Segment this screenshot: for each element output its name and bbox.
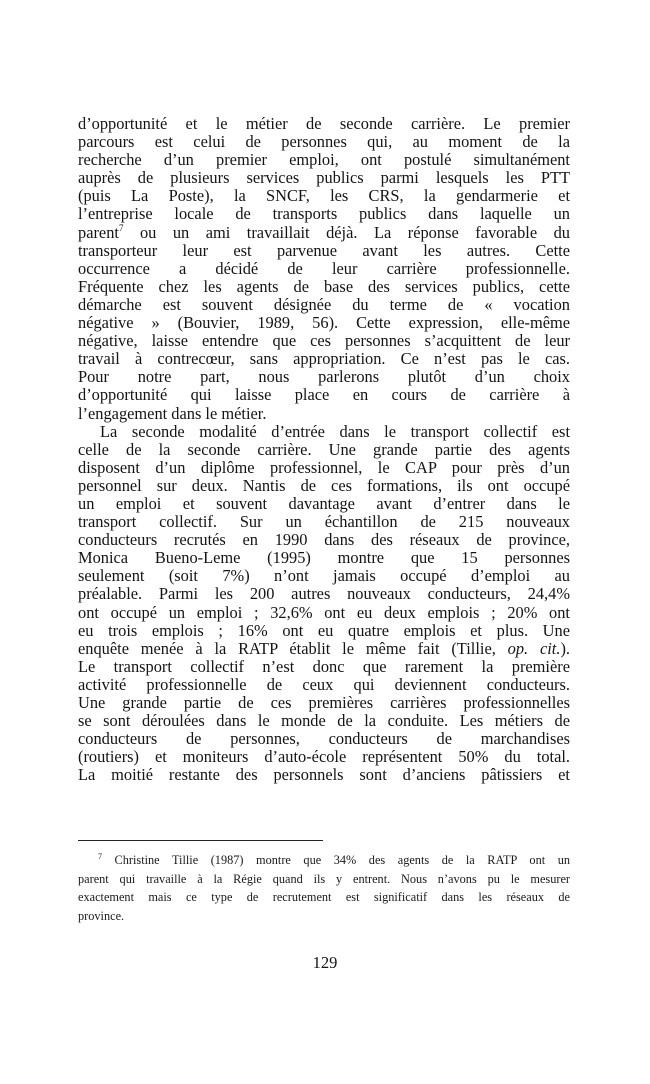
text-line: eu trois emplois ; 16% ont eu quatre emp… (78, 622, 570, 640)
text-line: conducteurs recrutés en 1990 dans des ré… (78, 531, 570, 549)
footnote-line: exactement mais ce type de recrutement e… (78, 888, 570, 907)
text-fragment: enquête menée à la RATP établit le même … (78, 639, 508, 658)
text-line: démarche est souvent désignée du terme d… (78, 296, 570, 314)
footnote-line: 7 Christine Tillie (1987) montre que 34%… (78, 851, 570, 870)
text-line: Monica Bueno-Leme (1995) montre que 15 p… (78, 549, 570, 567)
text-line: recherche d’un premier emploi, ont postu… (78, 151, 570, 169)
footnote-line: parent qui travaille à la Régie quand il… (78, 870, 570, 889)
text-line: occurrence a décidé de leur carrière pro… (78, 260, 570, 278)
text-line: négative » (Bouvier, 1989, 56). Cette ex… (78, 314, 570, 332)
text-line: auprès de plusieurs services publics par… (78, 169, 570, 187)
text-line: (puis La Poste), la SNCF, les CRS, la ge… (78, 187, 570, 205)
text-line: préalable. Parmi les 200 autres nouveaux… (78, 585, 570, 603)
footnote-divider (78, 840, 323, 841)
text-line: se sont déroulées dans le monde de la co… (78, 712, 570, 730)
text-line: La moitié restante des personnels sont d… (78, 766, 570, 784)
text-line: parcours est celui de personnes qui, au … (78, 133, 570, 151)
text-line: disposent d’un diplôme professionnel, le… (78, 459, 570, 477)
text-line-with-footnote: parent7 ou un ami travaillait déjà. La r… (78, 224, 570, 242)
text-fragment: ). (560, 639, 570, 658)
text-line: transporteur leur est parvenue avant les… (78, 242, 570, 260)
citation-italic: op. cit. (508, 639, 561, 658)
text-line: seulement (soit 7%) n’ont jamais occupé … (78, 567, 570, 585)
text-line: transport collectif. Sur un échantillon … (78, 513, 570, 531)
text-line: Une grande partie de ces premières carri… (78, 694, 570, 712)
text-line-paragraph-start: La seconde modalité d’entrée dans le tra… (78, 423, 570, 441)
text-line: Pour notre part, nous parlerons plutôt d… (78, 368, 570, 386)
text-line: Fréquente chez les agents de base des se… (78, 278, 570, 296)
text-line: (routiers) et moniteurs d’auto-école rep… (78, 748, 570, 766)
text-fragment: ou un ami travaillait déjà. La réponse f… (140, 223, 570, 242)
footnote-line: province. (78, 907, 570, 926)
text-line: d’opportunité qui laisse place en cours … (78, 386, 570, 404)
book-page: d’opportunité et le métier de seconde ca… (0, 0, 650, 1084)
text-line: celle de la seconde carrière. Une grande… (78, 441, 570, 459)
footnote-reference[interactable]: 7 (119, 223, 124, 233)
text-line-paragraph-end: l’engagement dans le métier. (78, 405, 570, 423)
footnote: 7 Christine Tillie (1987) montre que 34%… (78, 851, 570, 925)
text-line: Le transport collectif n’est donc que ra… (78, 658, 570, 676)
footnote-marker: 7 (98, 852, 102, 861)
text-line: d’opportunité et le métier de seconde ca… (78, 115, 570, 133)
text-line-with-citation: enquête menée à la RATP établit le même … (78, 640, 570, 658)
text-line: conducteurs de personnes, conducteurs de… (78, 730, 570, 748)
text-line: activité professionnelle de ceux qui dev… (78, 676, 570, 694)
text-line: négative, laisse entendre que ces person… (78, 332, 570, 350)
text-line: ont occupé un emploi ; 32,6% ont eu deux… (78, 604, 570, 622)
text-fragment: Christine Tillie (1987) montre que 34% d… (115, 853, 570, 867)
text-line: personnel sur deux. Nantis de ces format… (78, 477, 570, 495)
text-line: travail à contrecœur, sans appropriation… (78, 350, 570, 368)
text-fragment: parent (78, 223, 119, 242)
body-text: d’opportunité et le métier de seconde ca… (78, 115, 570, 784)
page-number: 129 (0, 953, 650, 973)
text-line: l’entreprise locale de transports public… (78, 205, 570, 223)
text-line: un emploi et souvent davantage avant d’e… (78, 495, 570, 513)
